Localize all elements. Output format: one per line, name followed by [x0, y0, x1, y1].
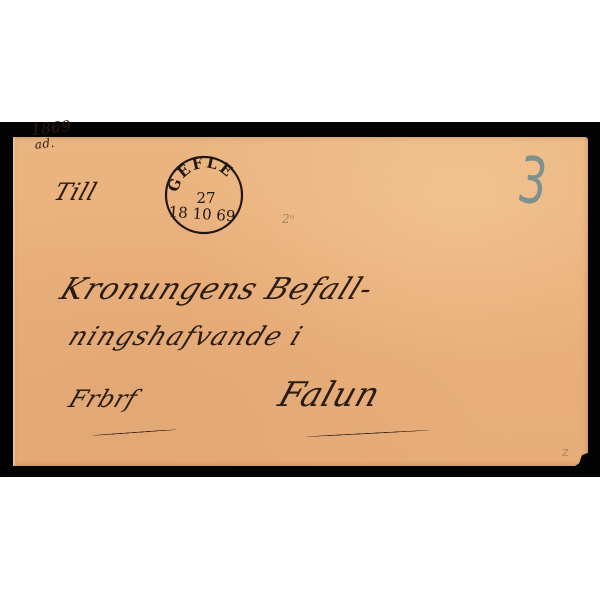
corner-mark: Z: [562, 448, 569, 459]
destination: Falun: [274, 375, 386, 415]
postmark: GEFLE 27 18 10 69: [162, 153, 246, 237]
service-note: Frbrf: [65, 385, 142, 413]
envelope-edge: [13, 137, 16, 466]
address-line-2: ningshafvande i: [64, 322, 308, 352]
pencil-mark: 2ⁿ: [282, 212, 295, 226]
address-line-1: Kronungens Befall-: [55, 272, 379, 307]
postmark-stamp-icon: GEFLE 27 18 10 69: [162, 153, 246, 237]
docket-note: 1869 ad.: [30, 119, 73, 153]
